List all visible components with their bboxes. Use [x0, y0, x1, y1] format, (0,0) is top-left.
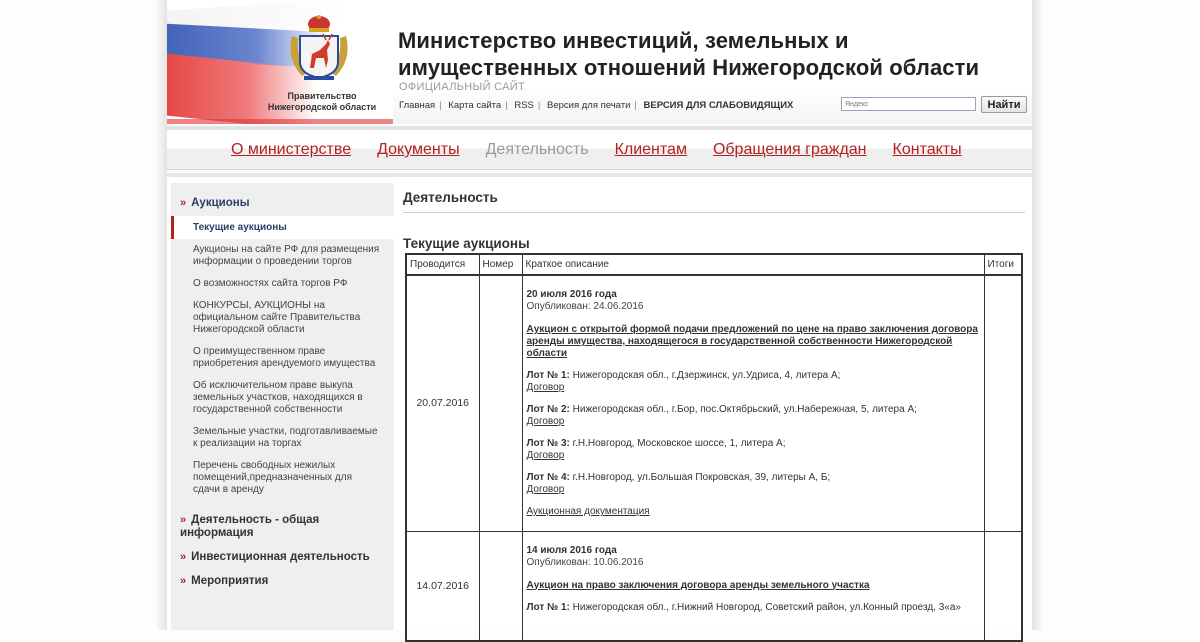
- nav-item-documents[interactable]: Документы: [377, 141, 459, 159]
- nav-item-activity[interactable]: Деятельность: [486, 141, 589, 159]
- link-home[interactable]: Главная: [399, 100, 435, 111]
- site-title-line2: имущественных отношений Нижегородской об…: [398, 54, 1038, 81]
- lot-item: Лот № 4: г.Н.Новгород, ул.Большая Покров…: [527, 472, 980, 496]
- chevron-double-right-icon: »: [180, 575, 186, 587]
- nav-item-about[interactable]: О министерстве: [231, 141, 351, 159]
- chevron-double-right-icon: »: [180, 197, 186, 209]
- contract-link[interactable]: Договор: [527, 484, 565, 495]
- sidebar-section-auctions[interactable]: »Аукционы: [171, 197, 394, 210]
- cell-results: [984, 531, 1022, 630]
- link-accessibility-version[interactable]: ВЕРСИЯ ДЛЯ СЛАБОВИДЯЩИХ: [644, 100, 794, 111]
- column-header-number: Номер: [479, 254, 522, 275]
- auctions-table: Проводится Номер Краткое описание Итоги …: [405, 253, 1023, 630]
- page-title: Деятельность: [403, 190, 1025, 213]
- contract-link[interactable]: Договор: [527, 382, 565, 393]
- nav-item-clients[interactable]: Клиентам: [615, 141, 687, 159]
- separator: |: [634, 100, 636, 111]
- auction-title-link[interactable]: Аукцион с открытой формой подачи предлож…: [527, 324, 980, 360]
- separator: |: [439, 100, 441, 111]
- chevron-double-right-icon: »: [180, 514, 186, 526]
- government-label-line1: Правительство: [252, 91, 392, 102]
- cell-date: 20.07.2016: [406, 275, 479, 531]
- table-row: 14.07.2016 14 июля 2016 года Опубликован…: [406, 531, 1022, 630]
- column-header-results: Итоги: [984, 254, 1022, 275]
- cell-description: 14 июля 2016 года Опубликован: 10.06.201…: [522, 531, 984, 630]
- lot-address: Нижегородская обл., г.Бор, пос.Октябрьск…: [573, 404, 917, 415]
- cell-date: 14.07.2016: [406, 531, 479, 630]
- separator: |: [505, 100, 507, 111]
- sidebar: »Аукционы Текущие аукционы Аукционы на с…: [171, 183, 394, 630]
- column-header-date: Проводится: [406, 254, 479, 275]
- lot-item: Лот № 1: Нижегородская обл., г.Нижний Но…: [527, 602, 980, 614]
- sidebar-item-free-premises[interactable]: Перечень свободных нежилых помещений,пре…: [171, 460, 394, 496]
- chevron-double-right-icon: »: [180, 551, 186, 563]
- published-date: Опубликован: 24.06.2016: [527, 301, 980, 313]
- table-header-row: Проводится Номер Краткое описание Итоги: [406, 254, 1022, 275]
- nav-divider-bottom: [167, 173, 1032, 177]
- official-site-label: ОФИЦИАЛЬНЫЙ САЙТ: [399, 81, 525, 93]
- sidebar-section-label: Инвестиционная деятельность: [191, 551, 370, 563]
- search-input[interactable]: [841, 97, 976, 111]
- lot-label: Лот № 3:: [527, 438, 570, 449]
- auction-title-link[interactable]: Аукцион на право заключения договора аре…: [527, 580, 980, 592]
- table-row: 20.07.2016 20 июля 2016 года Опубликован…: [406, 275, 1022, 531]
- sidebar-item-rf-site-features[interactable]: О возможностях сайта торгов РФ: [171, 278, 394, 290]
- cell-results: [984, 275, 1022, 531]
- lot-label: Лот № 4:: [527, 472, 570, 483]
- sidebar-item-current-auctions[interactable]: Текущие аукционы: [171, 216, 394, 239]
- content: Деятельность Текущие аукционы Проводится…: [403, 183, 1025, 251]
- link-print-version[interactable]: Версия для печати: [547, 100, 630, 111]
- cell-number: [479, 275, 522, 531]
- lot-address: г.Н.Новгород, Московское шоссе, 1, литер…: [573, 438, 786, 449]
- published-date: Опубликован: 10.06.2016: [527, 557, 980, 569]
- sidebar-item-contests[interactable]: КОНКУРСЫ, АУКЦИОНЫ на официальном сайте …: [171, 300, 394, 336]
- column-header-description: Краткое описание: [522, 254, 984, 275]
- page-shadow-right: [1032, 0, 1044, 630]
- link-rss[interactable]: RSS: [514, 100, 534, 111]
- sidebar-section-label: Мероприятия: [191, 575, 268, 587]
- lot-label: Лот № 1:: [527, 602, 570, 613]
- government-label-line2: Нижегородской области: [252, 102, 392, 113]
- header: Правительство Нижегородской области Мини…: [167, 0, 1032, 124]
- sidebar-item-land-plots[interactable]: Земельные участки, подготавливаемые к ре…: [171, 426, 394, 450]
- sidebar-section-investment[interactable]: »Инвестиционная деятельность: [171, 551, 394, 564]
- nav-divider-top: [167, 126, 1032, 130]
- cell-description: 20 июля 2016 года Опубликован: 24.06.201…: [522, 275, 984, 531]
- link-sitemap[interactable]: Карта сайта: [448, 100, 501, 111]
- page-shadow-left: [155, 0, 167, 630]
- lot-item: Лот № 1: Нижегородская обл., г.Дзержинск…: [527, 370, 980, 394]
- top-links: Главная| Карта сайта| RSS| Версия для пе…: [399, 100, 793, 111]
- sidebar-item-rf-auctions[interactable]: Аукционы на сайте РФ для размещения инфо…: [171, 244, 394, 268]
- auction-date: 20 июля 2016 года: [527, 289, 980, 301]
- lot-label: Лот № 1:: [527, 370, 570, 381]
- site-title-line1: Министерство инвестиций, земельных и: [398, 27, 1038, 54]
- lot-item: Лот № 3: г.Н.Новгород, Московское шоссе,…: [527, 438, 980, 462]
- sidebar-item-exclusive-right[interactable]: Об исключительном праве выкупа земельных…: [171, 380, 394, 416]
- lot-item: Лот № 2: Нижегородская обл., г.Бор, пос.…: [527, 404, 980, 428]
- nav-item-contacts[interactable]: Контакты: [893, 141, 962, 159]
- separator: |: [538, 100, 540, 111]
- lot-address: Нижегородская обл., г.Нижний Новгород, С…: [573, 602, 961, 613]
- search-button[interactable]: Найти: [981, 96, 1027, 113]
- cell-number: [479, 531, 522, 630]
- contract-link[interactable]: Договор: [527, 450, 565, 461]
- sidebar-item-preemptive-right[interactable]: О преимущественном праве приобретения ар…: [171, 346, 394, 370]
- main-nav: О министерстве Документы Деятельность Кл…: [167, 132, 1032, 170]
- auction-date: 14 июля 2016 года: [527, 545, 980, 557]
- banner-bottom-stripe: [167, 119, 393, 124]
- site-title: Министерство инвестиций, земельных и иму…: [398, 27, 1038, 81]
- coat-of-arms-icon[interactable]: [282, 14, 356, 86]
- auction-documentation-link[interactable]: Аукционная документация: [527, 506, 980, 518]
- contract-link[interactable]: Договор: [527, 416, 565, 427]
- page: Правительство Нижегородской области Мини…: [167, 0, 1032, 630]
- nav-item-citizen-appeals[interactable]: Обращения граждан: [713, 141, 867, 159]
- sidebar-section-label: Деятельность - общая информация: [180, 514, 319, 539]
- lot-address: г.Н.Новгород, ул.Большая Покровская, 39,…: [573, 472, 831, 483]
- sidebar-section-label: Аукционы: [191, 197, 249, 209]
- lot-label: Лот № 2:: [527, 404, 570, 415]
- sidebar-section-general-info[interactable]: »Деятельность - общая информация: [171, 514, 394, 540]
- sidebar-section-events[interactable]: »Мероприятия: [171, 575, 394, 588]
- government-label: Правительство Нижегородской области: [252, 91, 392, 113]
- banner: Правительство Нижегородской области: [167, 0, 393, 124]
- lot-address: Нижегородская обл., г.Дзержинск, ул.Удри…: [573, 370, 841, 381]
- section-title: Текущие аукционы: [403, 236, 1025, 251]
